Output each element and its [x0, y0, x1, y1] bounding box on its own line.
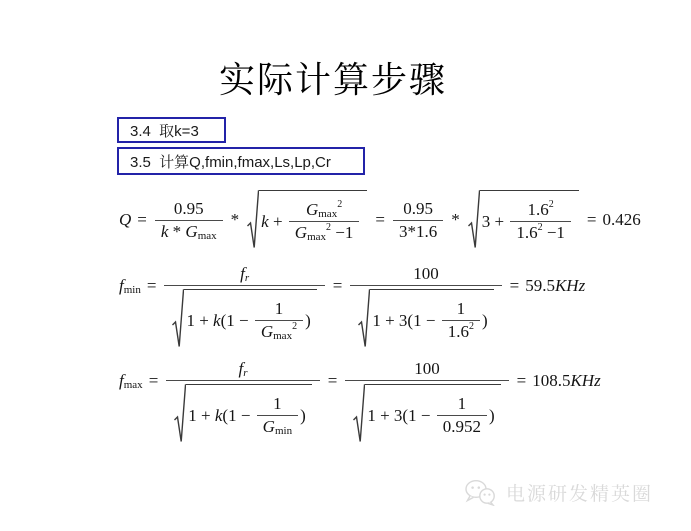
- math-token: *: [225, 210, 246, 230]
- math-token: 1: [275, 299, 284, 319]
- math-token: [468, 191, 480, 248]
- math-token: Q: [119, 210, 131, 230]
- math-token: 1 +: [186, 311, 213, 331]
- math-token: k * Gmax: [155, 220, 223, 242]
- math-token: r: [245, 268, 249, 288]
- math-token: 2: [292, 317, 297, 337]
- square-root: 1 + k(1 − 1 Gmax2 ): [172, 289, 316, 349]
- math-token: 1.6: [448, 322, 469, 342]
- fraction: Gmax2 Gmax2 −1: [289, 200, 360, 243]
- step-label-3-4: 3.4 取k=3: [130, 120, 199, 141]
- math-token: 3*1.6: [399, 222, 437, 242]
- math-token: [174, 384, 186, 444]
- formula-fmax-result: 108.5: [532, 371, 570, 391]
- radical-icon: [358, 289, 370, 349]
- math-token: k: [213, 311, 221, 331]
- square-root: 1 + 3(1 − 1 0.952 ): [353, 384, 500, 444]
- fraction: fr 1 + k(1 − 1 Gmax2 ): [164, 264, 324, 349]
- math-token: 100: [413, 264, 439, 284]
- circle: [471, 486, 474, 489]
- math-token: 1 + k(1 − 1 Gmax2 ): [184, 289, 316, 349]
- slide: 实际计算步骤 3.4 取k=3 3.5 计算Q,fmin,fmax,Ls,Lp,…: [0, 0, 691, 531]
- math-token: 1: [453, 394, 472, 415]
- math-token: 1 + 3(1 −: [367, 406, 434, 426]
- math-token: 1 + 3(1 − 1 1.62 ): [350, 285, 501, 349]
- math-token: 1.6: [527, 200, 548, 220]
- math-token: =: [141, 276, 163, 296]
- math-token: = 0.426: [581, 210, 641, 230]
- radical-icon: [247, 190, 259, 250]
- math-token: 0.95: [174, 199, 204, 219]
- math-token: 3*1.6: [393, 220, 443, 242]
- math-token: k: [215, 406, 223, 426]
- fraction: fr 1 + k(1 − 1 Gmin ): [166, 359, 319, 444]
- math-token: 1: [457, 299, 466, 319]
- math-token: KHz: [570, 371, 600, 391]
- math-token: Q =: [119, 210, 153, 230]
- math-token: =: [143, 371, 165, 391]
- math-token: fr: [234, 359, 253, 380]
- math-token: (1 −: [222, 406, 254, 426]
- math-token: Gmax2: [255, 320, 303, 342]
- math-token: G: [306, 200, 318, 220]
- math-token: *: [168, 222, 185, 242]
- math-token: ): [300, 406, 306, 426]
- math-token: [172, 289, 184, 349]
- watermark-text: 电源研发精英圈: [506, 479, 653, 506]
- math-token: =: [131, 210, 153, 230]
- math-token: 1.62 −1: [510, 221, 571, 243]
- math-token: *: [445, 210, 466, 230]
- math-token: 0.95: [403, 199, 433, 219]
- math-token: =: [327, 276, 349, 296]
- math-token: G: [295, 223, 307, 243]
- formula-fmin: fmin= fr 1 + k(1 − 1 Gmax2 ) =: [119, 262, 585, 349]
- math-token: 2: [549, 195, 554, 215]
- fraction: 1 0.952: [437, 394, 487, 437]
- math-token: k: [161, 222, 169, 242]
- math-token: G: [263, 417, 275, 437]
- math-token: [248, 191, 260, 248]
- step-label-3-5: 3.5 计算Q,fmin,fmax,Ls,Lp,Cr: [130, 151, 331, 172]
- math-token: +: [269, 212, 287, 232]
- circle: [484, 494, 486, 496]
- math-token: [468, 190, 480, 250]
- math-token: 2: [469, 317, 474, 337]
- radical-icon: [468, 190, 480, 250]
- formula-q-result: 0.426: [603, 210, 641, 230]
- math-token: 1: [273, 394, 282, 414]
- fraction: 100 1 + 3(1 − 1 1.62 ): [350, 264, 501, 349]
- fraction: 0.95 3*1.6: [393, 199, 443, 242]
- math-token: =59.5KHz: [504, 276, 586, 296]
- math-token: KHz: [555, 276, 585, 296]
- math-token: ): [305, 311, 311, 331]
- math-token: fmin=: [119, 276, 162, 296]
- math-token: Gmin: [257, 415, 298, 437]
- math-token: −1: [331, 223, 353, 243]
- math-token: 1 +: [188, 406, 215, 426]
- fraction: 1.62 1.62 −1: [510, 200, 571, 243]
- fraction: 0.95 k * Gmax: [155, 199, 223, 242]
- math-token: [354, 385, 366, 442]
- math-token: [173, 290, 185, 347]
- math-token: =: [369, 210, 391, 230]
- fraction: 1 1.62: [442, 299, 480, 342]
- square-root: 1 + k(1 − 1 Gmin ): [174, 384, 311, 444]
- math-token: 1 + k(1 − 1 Gmin ): [166, 380, 319, 444]
- math-token: max: [124, 375, 143, 395]
- step-box-3-4: 3.4 取k=3: [117, 117, 226, 143]
- math-token: =: [581, 210, 603, 230]
- svg: [464, 479, 498, 506]
- math-token: Gmax2: [301, 200, 347, 221]
- math-token: 1: [268, 394, 287, 415]
- math-token: 1: [452, 299, 471, 320]
- page-title: 实际计算步骤: [0, 52, 666, 103]
- math-token: k: [261, 212, 269, 232]
- circle: [480, 489, 494, 503]
- math-token: [358, 289, 370, 349]
- radical-icon: [172, 289, 184, 349]
- math-token: 1: [270, 299, 289, 320]
- formula-q: Q = 0.95 k * Gmax * k + Gmax2 Gmax2 −1 =…: [119, 188, 641, 252]
- fraction: 1 Gmin: [257, 394, 298, 437]
- math-token: G: [185, 222, 197, 242]
- math-token: fmax=: [119, 371, 164, 391]
- math-token: 3 +: [482, 212, 509, 232]
- math-token: 2: [326, 218, 331, 238]
- math-token: 0.95: [169, 199, 209, 220]
- math-token: 100: [409, 359, 445, 380]
- math-token: 2: [337, 195, 342, 215]
- math-token: 3 + 1.62 1.62 −1: [480, 190, 579, 250]
- math-token: max: [307, 227, 326, 247]
- math-token: fr: [235, 264, 254, 285]
- math-token: max: [198, 226, 217, 246]
- math-token: 1 + k(1 − 1 Gmax2 ): [164, 285, 324, 349]
- wechat-icon: [464, 479, 498, 506]
- math-token: 100: [414, 359, 440, 379]
- fraction: 1 Gmax2: [255, 299, 303, 342]
- watermark: 电源研发精英圈: [464, 479, 653, 506]
- formula-fmin-result: 59.5: [525, 276, 555, 296]
- math-token: 1: [458, 394, 467, 414]
- math-token: r: [243, 363, 247, 383]
- math-token: Gmax2 −1: [289, 221, 360, 243]
- g: [466, 481, 494, 505]
- math-token: =: [511, 371, 533, 391]
- math-token: −1: [543, 223, 565, 243]
- formula-fmax: fmax= fr 1 + k(1 − 1 Gmin ) =: [119, 358, 601, 444]
- math-token: 1.6: [516, 223, 537, 243]
- math-token: (1 −: [221, 311, 253, 331]
- math-token: =108.5KHz: [511, 371, 601, 391]
- fraction: 100 1 + 3(1 − 1 0.952 ): [345, 359, 508, 444]
- math-token: 1 + 3(1 −: [372, 311, 439, 331]
- radical-icon: [174, 384, 186, 444]
- math-token: ): [482, 311, 488, 331]
- math-token: min: [275, 421, 292, 441]
- math-token: 1 + 3(1 − 1 0.952 ): [345, 380, 508, 444]
- circle: [488, 494, 490, 496]
- math-token: =: [504, 276, 526, 296]
- math-token: G: [261, 322, 273, 342]
- math-token: 2: [538, 218, 543, 238]
- math-token: ): [489, 406, 495, 426]
- math-token: [359, 290, 371, 347]
- math-token: 1 + k(1 − 1 Gmin ): [186, 384, 311, 444]
- radical-icon: [353, 384, 365, 444]
- math-token: 1 + 3(1 − 1 0.952 ): [365, 384, 500, 444]
- math-token: 0.95: [398, 199, 438, 220]
- math-token: 0.952: [437, 415, 487, 437]
- math-token: 1 + 3(1 − 1 1.62 ): [370, 289, 493, 349]
- math-token: =: [322, 371, 344, 391]
- math-token: 1.62: [442, 320, 480, 342]
- math-token: 100: [408, 264, 444, 285]
- square-root: 3 + 1.62 1.62 −1: [468, 190, 579, 250]
- circle: [478, 486, 481, 489]
- step-box-3-5: 3.5 计算Q,fmin,fmax,Ls,Lp,Cr: [117, 147, 365, 175]
- math-token: k + Gmax2 Gmax2 −1: [259, 190, 367, 250]
- math-token: min: [124, 280, 141, 300]
- math-token: 0.952: [443, 417, 481, 437]
- square-root: 1 + 3(1 − 1 1.62 ): [358, 289, 493, 349]
- square-root: k + Gmax2 Gmax2 −1: [247, 190, 367, 250]
- math-token: max: [273, 326, 292, 346]
- math-token: [175, 385, 187, 442]
- math-token: [247, 190, 259, 250]
- math-token: [353, 384, 365, 444]
